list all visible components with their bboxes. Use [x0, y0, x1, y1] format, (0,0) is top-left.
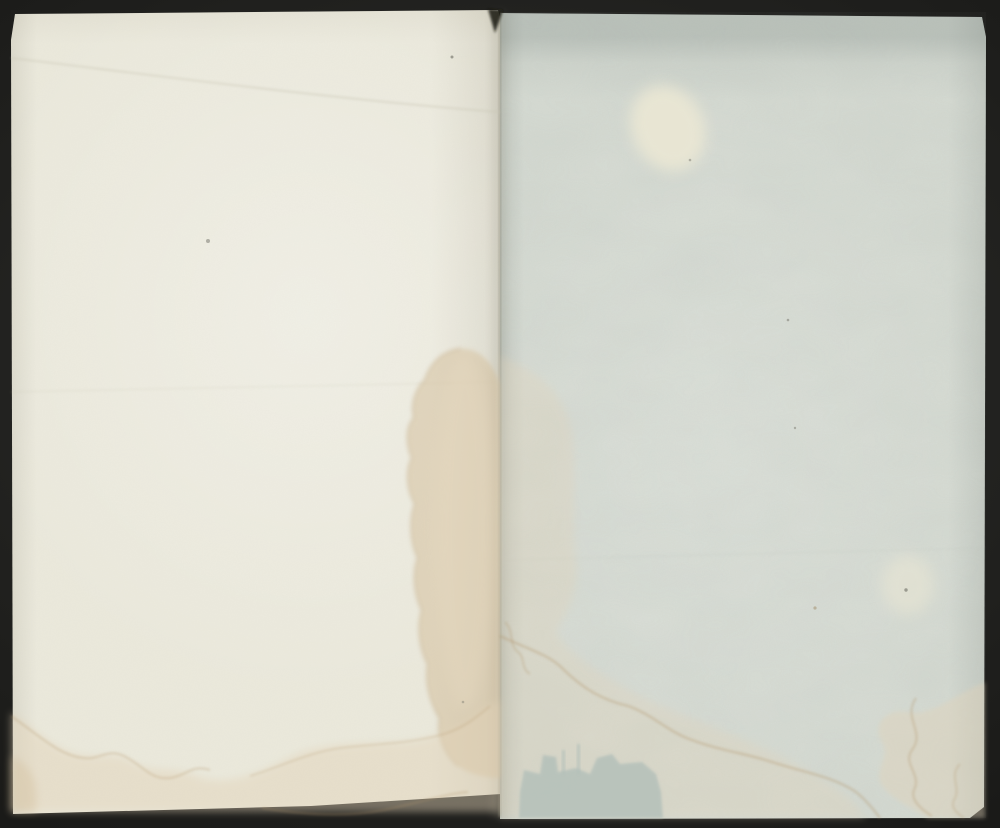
speck-1 [451, 56, 454, 59]
center-stain-highlight [435, 350, 495, 710]
damp-patch-streak-2 [577, 744, 580, 774]
stains-overlay [0, 0, 1000, 828]
damp-patch-streak-1 [562, 750, 565, 774]
speck-7 [462, 701, 465, 704]
speck-8 [813, 606, 816, 609]
speck-6 [904, 588, 907, 591]
speck-4 [787, 319, 790, 322]
book-scan-photo [0, 0, 1000, 828]
speck-5 [794, 427, 796, 429]
light-patch-right-edge [882, 555, 934, 615]
speck-2 [206, 239, 210, 243]
speck-3 [689, 159, 692, 162]
